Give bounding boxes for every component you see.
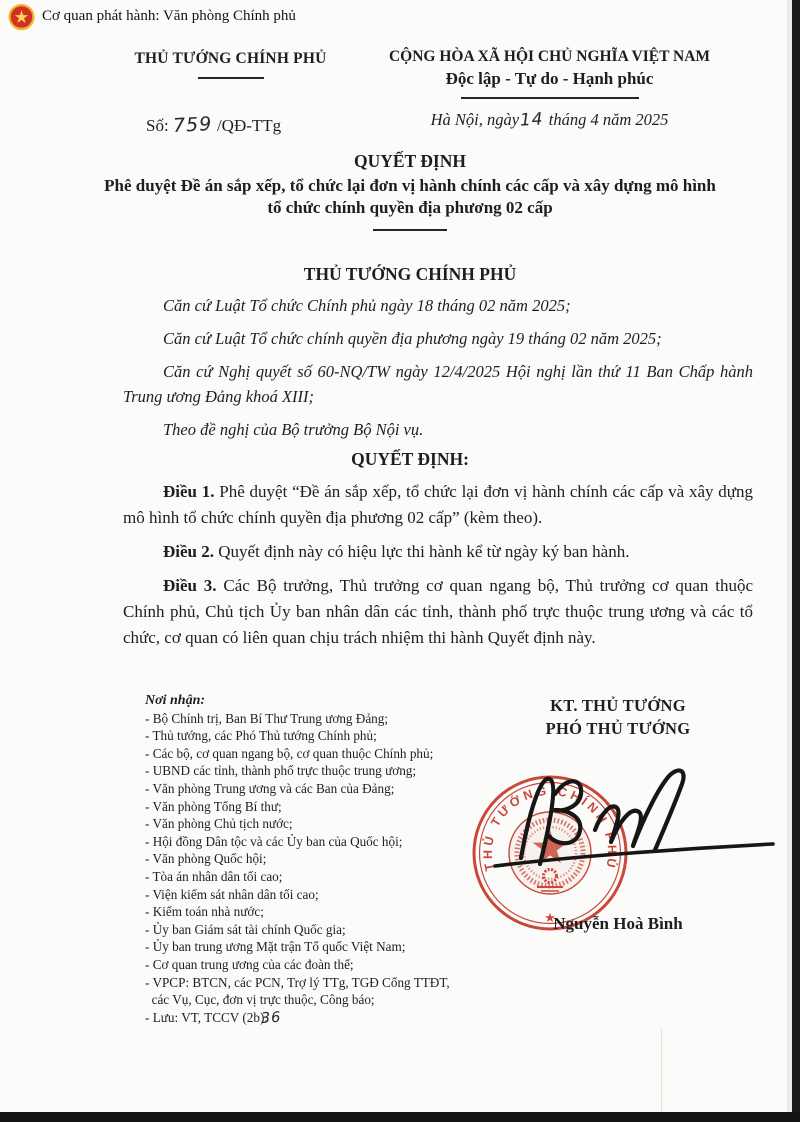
recipient-item: - Bộ Chính trị, Ban Bí Thư Trung ương Đả… bbox=[145, 710, 485, 728]
copies-handwritten: 36 bbox=[271, 1010, 281, 1025]
scan-edge-right bbox=[792, 0, 800, 1122]
articles-block: Điều 1. Phê duyệt “Đề án sắp xếp, tổ chứ… bbox=[123, 479, 753, 659]
document-number-suffix: /QĐ-TTg bbox=[217, 116, 281, 135]
recipient-archive-line: - Lưu: VT, TCCV (2b).36 bbox=[145, 1009, 485, 1027]
country-name: CỘNG HÒA XÃ HỘI CHỦ NGHĨA VIỆT NAM bbox=[362, 48, 737, 66]
archive-text: - Lưu: VT, TCCV (2b). bbox=[145, 1010, 268, 1025]
article-1-label: Điều 1. bbox=[163, 482, 215, 501]
recitals-block: Căn cứ Luật Tổ chức Chính phủ ngày 18 th… bbox=[123, 293, 753, 450]
recipients-block: Nơi nhận: - Bộ Chính trị, Ban Bí Thư Tru… bbox=[145, 692, 485, 1026]
national-motto: Độc lập - Tự do - Hạnh phúc bbox=[362, 69, 737, 89]
header-divider-right bbox=[461, 97, 639, 99]
article-2-text: Quyết định này có hiệu lực thi hành kể t… bbox=[214, 542, 629, 561]
document-page: Cơ quan phát hành: Văn phòng Chính phủ T… bbox=[0, 0, 800, 1122]
document-number-handwritten: 759 bbox=[172, 115, 212, 136]
header-divider-left bbox=[198, 77, 264, 79]
recipient-item: - Kiểm toán nhà nước; bbox=[145, 903, 485, 921]
place-date-line: Hà Nội, ngày14 tháng 4 năm 2025 bbox=[362, 110, 737, 130]
document-title-block: QUYẾT ĐỊNH Phê duyệt Đề án sắp xếp, tổ c… bbox=[98, 151, 722, 231]
vietnam-emblem-icon bbox=[8, 3, 35, 33]
recipient-item: - Hội đồng Dân tộc và các Ủy ban của Quố… bbox=[145, 833, 485, 851]
place-date-prefix: Hà Nội, ngày bbox=[431, 110, 519, 129]
document-type: QUYẾT ĐỊNH bbox=[98, 151, 722, 172]
place-date-suffix: tháng 4 năm 2025 bbox=[549, 110, 669, 129]
article-1-text: Phê duyệt “Đề án sắp xếp, tổ chức lại đơ… bbox=[123, 482, 753, 527]
issuing-authority-block: THỦ TƯỚNG CHÍNH PHỦ bbox=[88, 50, 373, 79]
recipient-item: - Văn phòng Chủ tịch nước; bbox=[145, 815, 485, 833]
preamble-authority: THỦ TƯỚNG CHÍNH PHỦ bbox=[98, 264, 722, 285]
operative-heading: QUYẾT ĐỊNH: bbox=[98, 449, 722, 470]
issuer-label: Cơ quan phát hành: Văn phòng Chính phủ bbox=[42, 8, 296, 25]
recipient-item: - Tòa án nhân dân tối cao; bbox=[145, 868, 485, 886]
official-red-stamp: THỦ TƯỚNG CHÍNH PHỦ ★ bbox=[474, 777, 626, 929]
day-handwritten: 14 bbox=[520, 111, 544, 129]
issuing-authority-name: THỦ TƯỚNG CHÍNH PHỦ bbox=[88, 50, 373, 68]
national-header-block: CỘNG HÒA XÃ HỘI CHỦ NGHĨA VIỆT NAM Độc l… bbox=[362, 48, 737, 130]
recipient-item: - Ủy ban trung ương Mặt trận Tổ quốc Việ… bbox=[145, 938, 485, 956]
document-number-prefix: Số: bbox=[146, 116, 169, 135]
recipient-item: - Văn phòng Quốc hội; bbox=[145, 850, 485, 868]
scan-crease-line bbox=[661, 1028, 662, 1112]
article-2-label: Điều 2. bbox=[163, 542, 214, 561]
recipient-item: - Cơ quan trung ương của các đoàn thể; bbox=[145, 956, 485, 974]
recipient-item: - Văn phòng Trung ương và các Ban của Đả… bbox=[145, 780, 485, 798]
article-3-label: Điều 3. bbox=[163, 576, 217, 595]
recipients-heading: Nơi nhận: bbox=[145, 692, 485, 710]
signer-name: Nguyễn Hoà Bình bbox=[498, 914, 738, 934]
signing-on-behalf: KT. THỦ TƯỚNG bbox=[498, 694, 738, 717]
issuer-topbar: Cơ quan phát hành: Văn phòng Chính phủ bbox=[0, 0, 800, 36]
scan-edge-bottom bbox=[0, 1112, 800, 1122]
article-3: Điều 3. Các Bộ trưởng, Thủ trưởng cơ qua… bbox=[123, 573, 753, 651]
recipient-item: - Ủy ban Giám sát tài chính Quốc gia; bbox=[145, 921, 485, 939]
recipient-item: - Thủ tướng, các Phó Thủ tướng Chính phủ… bbox=[145, 727, 485, 745]
recipient-item: - UBND các tỉnh, thành phố trực thuộc tr… bbox=[145, 762, 485, 780]
document-subject: Phê duyệt Đề án sắp xếp, tổ chức lại đơn… bbox=[98, 175, 722, 219]
article-1: Điều 1. Phê duyệt “Đề án sắp xếp, tổ chứ… bbox=[123, 479, 753, 531]
recipient-item-continuation: các Vụ, Cục, đơn vị trực thuộc, Công báo… bbox=[145, 991, 485, 1009]
title-divider bbox=[373, 229, 447, 231]
recipient-item: - Văn phòng Tổng Bí thư; bbox=[145, 798, 485, 816]
signing-block: KT. THỦ TƯỚNG PHÓ THỦ TƯỚNG bbox=[498, 694, 738, 740]
recital: Theo đề nghị của Bộ trưởng Bộ Nội vụ. bbox=[123, 417, 753, 442]
recital: Căn cứ Luật Tổ chức Chính phủ ngày 18 th… bbox=[123, 293, 753, 318]
document-number-line: Số:759/QĐ-TTg bbox=[146, 116, 281, 136]
recipient-item: - Các bộ, cơ quan ngang bộ, cơ quan thuộ… bbox=[145, 745, 485, 763]
signer-title: PHÓ THỦ TƯỚNG bbox=[498, 717, 738, 740]
recital: Căn cứ Nghị quyết số 60-NQ/TW ngày 12/4/… bbox=[123, 359, 753, 409]
recipient-item: - Viện kiểm sát nhân dân tối cao; bbox=[145, 886, 485, 904]
article-2: Điều 2. Quyết định này có hiệu lực thi h… bbox=[123, 539, 753, 565]
article-3-text: Các Bộ trưởng, Thủ trưởng cơ quan ngang … bbox=[123, 576, 753, 647]
recital: Căn cứ Luật Tổ chức chính quyền địa phươ… bbox=[123, 326, 753, 351]
recipient-item: - VPCP: BTCN, các PCN, Trợ lý TTg, TGĐ C… bbox=[145, 974, 485, 992]
